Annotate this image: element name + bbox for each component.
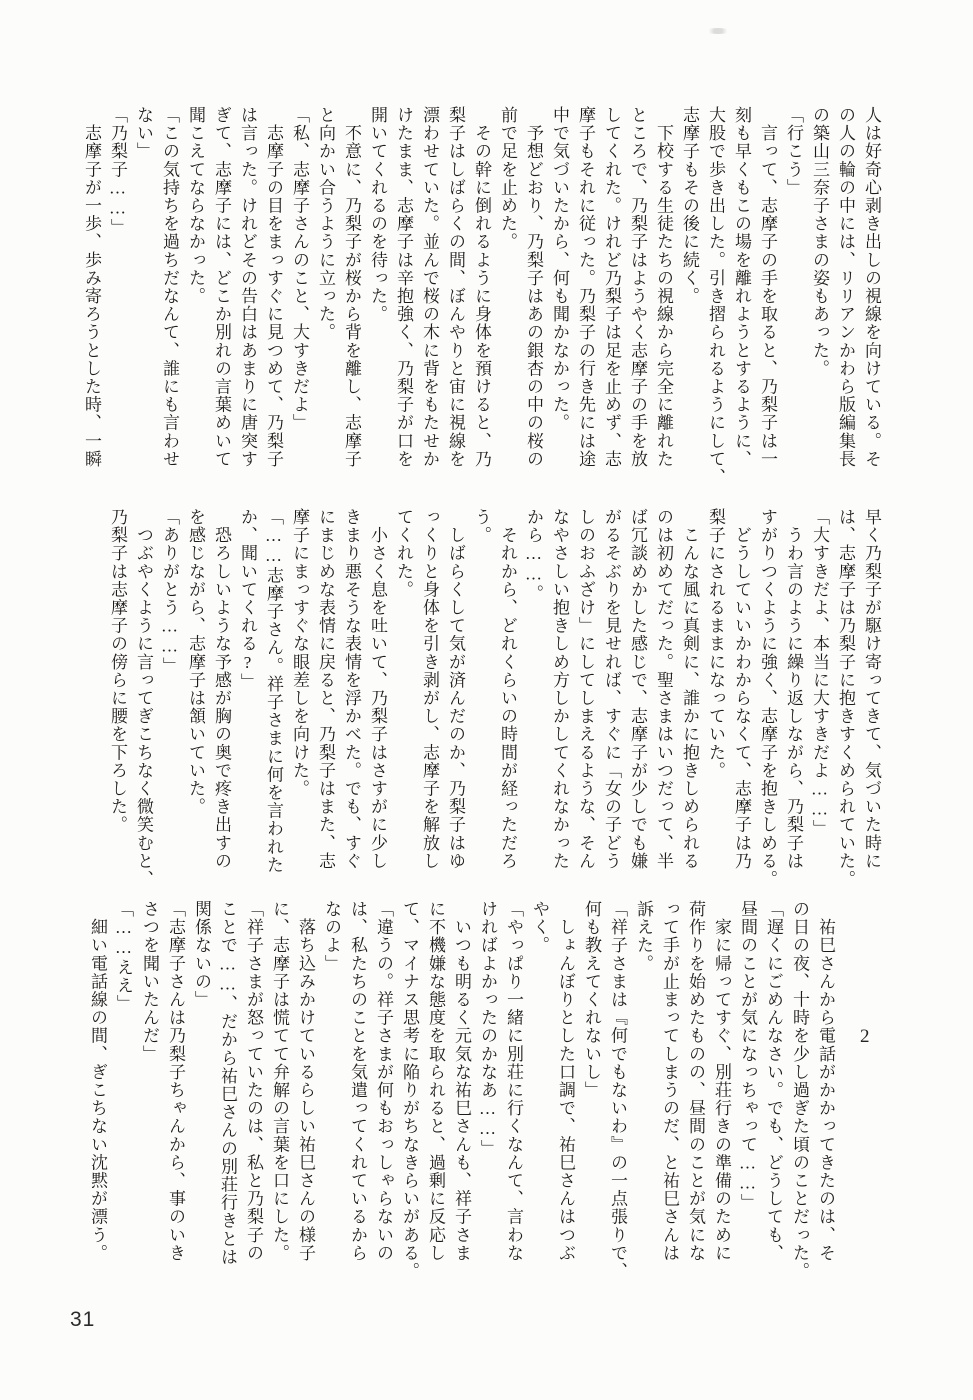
text-line: は、志摩子は乃梨子に抱きすくめられていた。	[832, 508, 858, 880]
text-line: きまり悪そうな表情を浮かべた。でも、すぐ	[338, 508, 364, 880]
text-line: 「祥子さまが怒っていたのは、私と乃梨子の	[240, 900, 266, 1272]
text-line: うわ言のように繰り返しながら、乃梨子は	[780, 508, 806, 880]
text-line: 細い電話線の間、ぎこちない沈黙が漂う。	[84, 900, 110, 1272]
text-line: 「遅くにごめんなさい。でも、どうしても、	[760, 900, 786, 1272]
text-line: て、マイナス思考に陥りがちなきらいがある。	[396, 900, 422, 1272]
text-band-top: 人は好奇心剥き出しの視線を向けている。その人の輪の中には、リリアンかわら版編集長…	[78, 106, 884, 478]
text-line: なのよ」	[318, 900, 344, 1272]
text-line: 梨子にされるままになっていた。	[702, 508, 728, 880]
text-line: 中で気づいたから、何も聞かなかった。	[546, 106, 572, 478]
text-line: から……。	[520, 508, 546, 880]
text-line: 昼間のことが気になっちゃって……」	[734, 900, 760, 1272]
text-line: 不意に、乃梨子が桜から背を離し、志摩子	[338, 106, 364, 478]
text-line: 「やっぱり一緒に別荘に行くなんて、言わな	[500, 900, 526, 1272]
text-line: しのおふざけ」にしてしまえるような、そん	[572, 508, 598, 880]
text-line: しょんぼりとした口調で、祐巳さんはつぶ	[552, 900, 578, 1272]
text-line: しばらくして気が済んだのか、乃梨子はゆ	[442, 508, 468, 880]
text-line: 祐巳さんから電話がかかってきたのは、そ	[812, 900, 838, 1272]
text-band-bottom: 祐巳さんから電話がかかってきたのは、その日の夜、十時を少し過ぎた頃のことだった。…	[84, 900, 838, 1272]
text-line: さつを聞いたんだ」	[136, 900, 162, 1272]
text-line: 言って、志摩子の手を取ると、乃梨子は一	[754, 106, 780, 478]
text-line: つぶやくように言ってぎこちなく微笑むと、	[130, 508, 156, 880]
text-line: ことで……、だから祐巳さんの別荘行きとは	[214, 900, 240, 1272]
text-line: がるそぶりを見せれば、すぐに「女の子どう	[598, 508, 624, 880]
text-line: 「祥子さまは『何でもないわ』の一点張りで、	[604, 900, 630, 1272]
text-line: 摩子もそれに従った。乃梨子の行き先には途	[572, 106, 598, 478]
text-line: 大股で歩き出した。引き摺られるようにして、	[702, 106, 728, 478]
text-line: 「ありがとう……」	[156, 508, 182, 880]
text-line: って手が止まってしまうのだ、と祐巳さんは	[656, 900, 682, 1272]
text-line: の築山三奈子さまの姿もあった。	[806, 106, 832, 478]
text-line: っくりと身体を引き剥がし、志摩子を解放し	[416, 508, 442, 880]
text-line: 開いてくれるのを待った。	[364, 106, 390, 478]
text-line: それから、どれくらいの時間が経っただろ	[494, 508, 520, 880]
page-number: 31	[70, 1308, 95, 1332]
text-line: 「……ええ」	[110, 900, 136, 1272]
text-line: の日の夜、十時を少し過ぎた頃のことだった。	[786, 900, 812, 1272]
text-line: 「……志摩子さん。祥子さまに何を言われた	[260, 508, 286, 880]
text-line: 荷作りを始めたものの、昼間のことが気にな	[682, 900, 708, 1272]
text-line: 関係ないの」	[188, 900, 214, 1272]
text-line: 小さく息を吐いて、乃梨子はさすがに少し	[364, 508, 390, 880]
text-line: に不機嫌な態度を取られると、過剰に反応し	[422, 900, 448, 1272]
text-line: こんな風に真剣に、誰かに抱きしめられる	[676, 508, 702, 880]
text-line: てくれた。	[390, 508, 416, 880]
text-line: は言った。けれどその告白はあまりに唐突す	[234, 106, 260, 478]
text-line: ぎて、志摩子には、どこか別れの言葉めいて	[208, 106, 234, 478]
text-line: 落ち込みかけているらしい祐巳さんの様子	[292, 900, 318, 1272]
text-line: いつも明るく元気な祐巳さんも、祥子さま	[448, 900, 474, 1272]
text-line: と向かい合うように立った。	[312, 106, 338, 478]
scan-artifact	[705, 28, 731, 34]
text-line: 家に帰ってすぐ、別荘行きの準備のために	[708, 900, 734, 1272]
text-line: やく。	[526, 900, 552, 1272]
text-line: ない」	[130, 106, 156, 478]
text-line: けたまま、志摩子は辛抱強く、乃梨子が口を	[390, 106, 416, 478]
text-line: 「乃梨子……」	[104, 106, 130, 478]
text-line: なやさしい抱きしめ方しかしてくれなかった	[546, 508, 572, 880]
text-line: を感じながら、志摩子は頷いていた。	[182, 508, 208, 880]
text-line: 刻も早くもこの場を離れようとするように、	[728, 106, 754, 478]
text-line: 「私、志摩子さんのこと、大すきだよ」	[286, 106, 312, 478]
text-line: 恐ろしいような予感が胸の奥で疼き出すの	[208, 508, 234, 880]
text-line: 何も教えてくれないし」	[578, 900, 604, 1272]
text-line: その幹に倒れるように身体を預けると、乃	[468, 106, 494, 478]
text-line: ば冗談めかした感じで、志摩子が少しでも嫌	[624, 508, 650, 880]
text-line: ところで、乃梨子はようやく志摩子の手を放	[624, 106, 650, 478]
text-line: 早く乃梨子が駆け寄ってきて、気づいた時に	[858, 508, 884, 880]
text-line: 摩子にまっすぐな眼差しを向けた。	[286, 508, 312, 880]
text-line: 乃梨子は志摩子の傍らに腰を下ろした。	[104, 508, 130, 880]
text-line: の人の輪の中には、リリアンかわら版編集長	[832, 106, 858, 478]
text-line: 梨子はしばらくの間、ぼんやりと宙に視線を	[442, 106, 468, 478]
book-page: 人は好奇心剥き出しの視線を向けている。その人の輪の中には、リリアンかわら版編集長…	[0, 0, 973, 1400]
text-line: 志摩子の目をまっすぐに見つめて、乃梨子	[260, 106, 286, 478]
text-line: 前で足を止めた。	[494, 106, 520, 478]
text-line: 志摩子もその後に続く。	[676, 106, 702, 478]
text-line: にまじめな表情に戻ると、乃梨子はまた、志	[312, 508, 338, 880]
text-line: のは初めてだった。聖さまはいつだって、半	[650, 508, 676, 880]
text-line: に、志摩子は慌てて弁解の言葉を口にした。	[266, 900, 292, 1272]
text-line: 下校する生徒たちの視線から完全に離れた	[650, 106, 676, 478]
text-line: 「行こう」	[780, 106, 806, 478]
text-line: う。	[468, 508, 494, 880]
text-band-middle: 早く乃梨子が駆け寄ってきて、気づいた時には、志摩子は乃梨子に抱きすくめられていた…	[104, 508, 884, 880]
text-line: どうしていいかわからなくて、志摩子は乃	[728, 508, 754, 880]
text-line: 訴えた。	[630, 900, 656, 1272]
text-line: 「志摩子さんは乃梨子ちゃんから、事のいき	[162, 900, 188, 1272]
text-line: 志摩子が一歩、歩み寄ろうとした時、一瞬	[78, 106, 104, 478]
text-line: 予想どおり、乃梨子はあの銀杏の中の桜の	[520, 106, 546, 478]
text-line: 聞こえてならなかった。	[182, 106, 208, 478]
text-line: は、私たちのことを気遣ってくれているから	[344, 900, 370, 1272]
text-line: 「違うの。祥子さまが何もおっしゃらないの	[370, 900, 396, 1272]
text-line: 漂わせていた。並んで桜の木に背をもたせか	[416, 106, 442, 478]
text-line: 「この気持ちを過ちだなんて、誰にも言わせ	[156, 106, 182, 478]
text-line: すがりつくように強く、志摩子を抱きしめる。	[754, 508, 780, 880]
text-line: 人は好奇心剥き出しの視線を向けている。そ	[858, 106, 884, 478]
text-line: ければよかったのかなあ……」	[474, 900, 500, 1272]
text-line: 「大すきだよ、本当に大すきだよ……」	[806, 508, 832, 880]
section-number: 2	[860, 1026, 870, 1048]
text-line: してくれた。けれど乃梨子は足を止めず、志	[598, 106, 624, 478]
text-line: か、聞いてくれる?」	[234, 508, 260, 880]
